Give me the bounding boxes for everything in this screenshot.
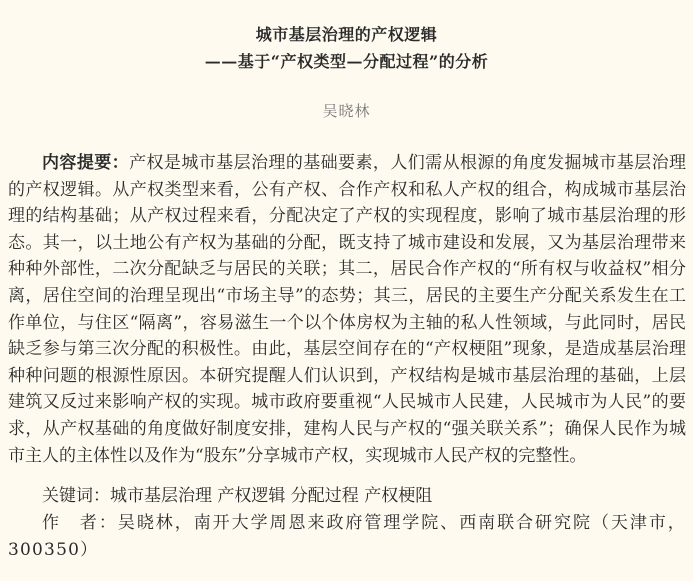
abstract-label: 内容提要： [42, 153, 129, 173]
abstract-paragraph: 内容提要：产权是城市基层治理的基础要素，人们需从根源的角度发掘城市基层治理的产权… [8, 150, 686, 469]
abstract-section: 内容提要：产权是城市基层治理的基础要素，人们需从根源的角度发掘城市基层治理的产权… [8, 150, 686, 469]
paper-title: 城市基层治理的产权逻辑 [0, 22, 693, 45]
paper-page: 城市基层治理的产权逻辑 ——基于“产权类型—分配过程”的分析 吴晓林 内容提要：… [0, 0, 693, 581]
paper-subtitle: ——基于“产权类型—分配过程”的分析 [0, 49, 693, 72]
author-info-section: 作 者：吴晓林，南开大学周恩来政府管理学院、西南联合研究院（天津市，300350… [8, 510, 686, 563]
keywords-section: 关键词：城市基层治理 产权逻辑 分配过程 产权梗阻 [8, 483, 686, 510]
keywords-text: 城市基层治理 产权逻辑 分配过程 产权梗阻 [110, 486, 432, 506]
author-info-label: 作 者： [42, 513, 118, 533]
author-name: 吴晓林 [0, 100, 693, 121]
keywords-label: 关键词： [42, 486, 110, 506]
keywords-paragraph: 关键词：城市基层治理 产权逻辑 分配过程 产权梗阻 [8, 483, 686, 510]
author-info-paragraph: 作 者：吴晓林，南开大学周恩来政府管理学院、西南联合研究院（天津市，300350… [8, 510, 686, 563]
abstract-text: 产权是城市基层治理的基础要素，人们需从根源的角度发掘城市基层治理的产权逻辑。从产… [8, 153, 686, 466]
